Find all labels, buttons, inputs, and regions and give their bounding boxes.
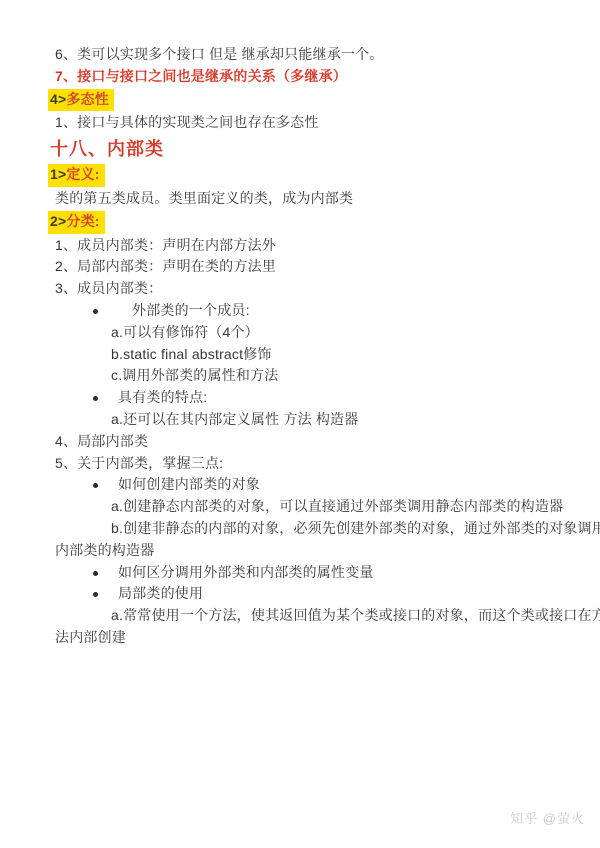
sub-item: b.static final abstract修饰 (55, 344, 556, 366)
sub-item: a.常常使用一个方法，使其返回值为某个类或接口的对象，而这个类或接口在方 (55, 605, 556, 627)
subheading-label: 分类: (66, 213, 99, 229)
sub-item: c.调用外部类的属性和方法 (55, 365, 556, 387)
bullet-icon (93, 483, 98, 488)
bullet-text: 外部类的一个成员: (132, 302, 250, 318)
bullet-text: 如何创建内部类的对象 (118, 476, 260, 492)
subheading-prefix: 4> (50, 91, 66, 107)
bullet-item: 具有类的特点: (55, 387, 556, 409)
subheading-highlight: 1>定义: (48, 164, 105, 187)
subheading-row: 1>定义: (48, 164, 556, 187)
subheading-prefix: 1> (50, 166, 66, 182)
subheading-label: 定义: (66, 166, 99, 182)
bullet-item: 外部类的一个成员: (55, 300, 556, 322)
sub-item: a.可以有修饰符（4个） (55, 322, 556, 344)
bullet-text: 具有类的特点: (118, 389, 207, 405)
emphasis-line: 7、接口与接口之间也是继承的关系（多继承） (55, 66, 556, 88)
sub-item: b.创建非静态的内部的对象，必须先创建外部类的对象，通过外部类的对象调用 (55, 518, 556, 540)
note-line: 6、类可以实现多个接口 但是 继承却只能继承一个。 (55, 44, 556, 66)
note-line: 2、局部内部类：声明在类的方法里 (55, 256, 556, 278)
continuation-line: 内部类的构造器 (55, 540, 556, 562)
bullet-item: 局部类的使用 (55, 583, 556, 605)
note-line: 1、成员内部类：声明在内部方法外 (55, 235, 556, 257)
bullet-text: 如何区分调用外部类和内部类的属性变量 (118, 564, 374, 580)
notes-content: 6、类可以实现多个接口 但是 继承却只能继承一个。 7、接口与接口之间也是继承的… (55, 44, 556, 649)
bullet-text: 局部类的使用 (118, 585, 203, 601)
note-line: 1、接口与具体的实现类之间也存在多态性 (55, 112, 556, 134)
document-page: 6、类可以实现多个接口 但是 继承却只能继承一个。 7、接口与接口之间也是继承的… (0, 0, 600, 848)
note-line: 5、关于内部类，掌握三点: (55, 453, 556, 475)
subheading-highlight: 4>多态性 (48, 89, 114, 112)
continuation-line: 法内部创建 (55, 627, 556, 649)
bullet-icon (93, 592, 98, 597)
note-line: 4、局部内部类 (55, 431, 556, 453)
note-line: 3、成员内部类： (55, 278, 556, 300)
subheading-highlight: 2>分类: (48, 211, 105, 234)
note-line: 类的第五类成员。类里面定义的类，成为内部类 (55, 188, 556, 210)
subheading-row: 2>分类: (48, 211, 556, 234)
bullet-item: 如何创建内部类的对象 (55, 474, 556, 496)
bullet-item: 如何区分调用外部类和内部类的属性变量 (55, 562, 556, 584)
watermark: 知乎 @萤火 (510, 808, 585, 827)
sub-item: a.还可以在其内部定义属性 方法 构造器 (55, 409, 556, 431)
subheading-row: 4>多态性 (48, 89, 556, 112)
sub-item: a.创建静态内部类的对象，可以直接通过外部类调用静态内部类的构造器 (55, 496, 556, 518)
subheading-label: 多态性 (66, 91, 109, 107)
bullet-icon (93, 309, 98, 314)
bullet-icon (93, 396, 98, 401)
bullet-icon (93, 571, 98, 576)
section-heading: 十八、内部类 (50, 136, 556, 162)
subheading-prefix: 2> (50, 213, 66, 229)
